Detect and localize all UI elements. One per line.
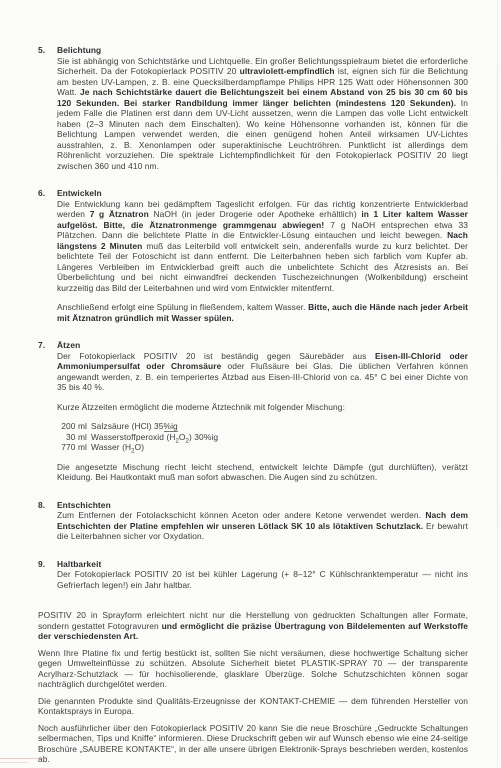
paragraph: Sie ist abhängig von Schichtstärke und L…: [57, 56, 468, 172]
scan-edge-artifact: [497, 0, 498, 768]
chem-label: Wasser (H2O): [91, 442, 468, 453]
section-content: EntwickelnDie Entwicklung kann bei gedäm…: [57, 188, 468, 333]
chem-amount: 30 ml: [57, 432, 87, 443]
text-run: Wasserstoffperoxid (H: [91, 432, 175, 442]
chem-row: 200 mlSalzsäure (HCl) 35%ig: [57, 421, 468, 432]
text-run: O: [179, 432, 186, 442]
chem-label: Wasserstoffperoxid (H2O2) 30%ig: [91, 432, 468, 443]
chem-amount: 200 ml: [57, 421, 87, 432]
text-run: Die angesetzte Mischung riecht leicht st…: [57, 462, 468, 483]
closing-paragraphs: POSITIV 20 in Sprayform erleichtert nich…: [38, 610, 468, 765]
section-number: 9.: [38, 559, 57, 601]
chem-amount: 770 ml: [57, 442, 87, 453]
text-run: Noch ausführlicher über den Fotokopierla…: [38, 723, 468, 765]
bold-text-run: 7 g Ätznatron: [90, 209, 149, 219]
section-content: ÄtzenDer Fotokopierlack POSITIV 20 ist b…: [57, 340, 468, 493]
paragraph: Der Fotokopierlack POSITIV 20 ist bei kü…: [57, 569, 468, 590]
text-run: Die genannten Produkte sind Qualitäts-Er…: [38, 696, 468, 717]
text-run: O): [135, 442, 145, 452]
section-title: Ätzen: [57, 340, 468, 351]
text-run: Der Fotokopierlack POSITIV 20 ist bei kü…: [57, 569, 468, 590]
paragraph: Anschließend erfolgt eine Spülung in fli…: [57, 302, 468, 323]
chem-row: 30 mlWasserstoffperoxid (H2O2) 30%ig: [57, 432, 468, 443]
text-run: In jedem Falle die Platinen erst dann de…: [57, 98, 468, 171]
section: 5.BelichtungSie ist abhängig von Schicht…: [38, 45, 468, 181]
numbered-sections: 5.BelichtungSie ist abhängig von Schicht…: [38, 45, 468, 600]
section-content: HaltbarkeitDer Fotokopierlack POSITIV 20…: [57, 559, 468, 601]
section-content: EntschichtenZum Entfernen der Fotolacksc…: [57, 500, 468, 552]
section-content: BelichtungSie ist abhängig von Schichtst…: [57, 45, 468, 181]
section: 7.ÄtzenDer Fotokopierlack POSITIV 20 ist…: [38, 340, 468, 493]
text-run: Salzsäure (HCl) 35: [91, 421, 164, 431]
section-title: Entwickeln: [57, 188, 468, 199]
document-page: 5.BelichtungSie ist abhängig von Schicht…: [0, 0, 501, 768]
section-number: 6.: [38, 188, 57, 333]
chem-row: 770 mlWasser (H2O): [57, 442, 468, 453]
chemical-mixture-list: 200 mlSalzsäure (HCl) 35%ig30 mlWasserst…: [57, 421, 468, 453]
section-title: Belichtung: [57, 45, 468, 56]
section-title: Entschichten: [57, 500, 468, 511]
bold-text-run: ultraviolett-empfindlich: [240, 66, 335, 76]
text-run: Zum Entfernen der Fotolackschicht können…: [57, 510, 425, 520]
scan-pink-artifact: [0, 762, 28, 764]
paragraph: Die angesetzte Mischung riecht leicht st…: [57, 462, 468, 483]
section-number: 8.: [38, 500, 57, 552]
paragraph: Kurze Ätzzeiten ermöglicht die moderne Ä…: [57, 402, 468, 413]
text-run: NaOH (in jeder Drogerie oder Apotheke er…: [149, 209, 361, 219]
paragraph: Die genannten Produkte sind Qualitäts-Er…: [38, 696, 468, 717]
scan-pink-artifact: [0, 758, 46, 760]
text-run: Wasser (H: [91, 442, 131, 452]
section-title: Haltbarkeit: [57, 559, 468, 570]
chem-label: Salzsäure (HCl) 35%ig: [91, 421, 468, 432]
text-run: Kurze Ätzzeiten ermöglicht die moderne Ä…: [57, 402, 345, 412]
text-run: ) 30%ig: [189, 432, 218, 442]
paragraph: POSITIV 20 in Sprayform erleichtert nich…: [38, 610, 468, 642]
paragraph: Wenn Ihre Platine fix und fertig bestück…: [38, 648, 468, 690]
section: 9.HaltbarkeitDer Fotokopierlack POSITIV …: [38, 559, 468, 601]
bold-text-run: Je nach Schichtstärke dauert die Belicht…: [57, 87, 468, 108]
paragraph: Noch ausführlicher über den Fotokopierla…: [38, 723, 468, 765]
paragraph: Die Entwicklung kann bei gedämpftem Tage…: [57, 199, 468, 294]
text-run: Wenn Ihre Platine fix und fertig bestück…: [38, 648, 468, 690]
section-number: 7.: [38, 340, 57, 493]
paragraph: Zum Entfernen der Fotolackschicht können…: [57, 510, 468, 542]
paragraph: Der Fotokopierlack POSITIV 20 ist bestän…: [57, 351, 468, 393]
text-run: Anschließend erfolgt eine Spülung in fli…: [57, 302, 308, 312]
section: 8.EntschichtenZum Entfernen der Fotolack…: [38, 500, 468, 552]
text-run: %ig: [164, 421, 178, 432]
text-run: Der Fotokopierlack POSITIV 20 ist bestän…: [57, 351, 375, 361]
section: 6.EntwickelnDie Entwicklung kann bei ged…: [38, 188, 468, 333]
section-number: 5.: [38, 45, 57, 181]
